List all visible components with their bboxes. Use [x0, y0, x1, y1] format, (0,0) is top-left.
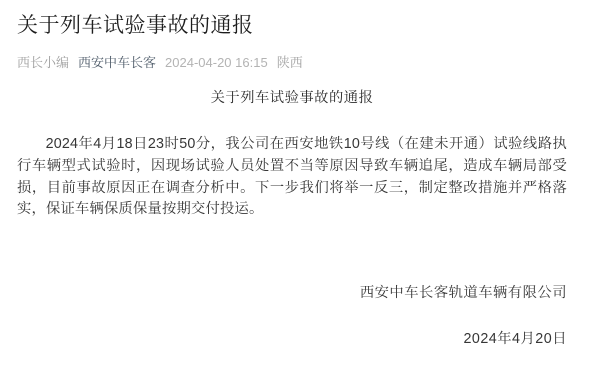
article-page: 关于列车试验事故的通报 西长小编 西安中车长客 2024-04-20 16:15… [0, 0, 609, 386]
publish-location: 陕西 [277, 54, 303, 71]
account-name-link[interactable]: 西安中车长客 [78, 54, 156, 71]
notice-heading: 关于列车试验事故的通报 [17, 90, 567, 106]
notice-date: 2024年4月20日 [17, 331, 567, 348]
publish-datetime: 2024-04-20 16:15 [165, 54, 268, 71]
author-name: 西长小编 [17, 54, 69, 71]
notice-signature: 西安中车长客轨道车辆有限公司 [17, 285, 567, 302]
page-title: 关于列车试验事故的通报 [17, 12, 567, 40]
byline: 西长小编 西安中车长客 2024-04-20 16:15 陕西 [17, 54, 567, 71]
notice-paragraph: 2024年4月18日23时50分，我公司在西安地铁10号线（在建未开通）试验线路… [17, 134, 567, 221]
